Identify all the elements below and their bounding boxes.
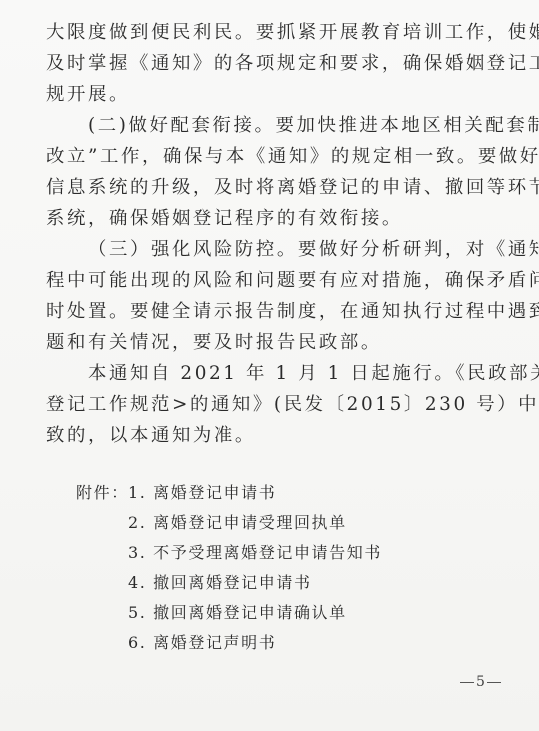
paragraph-line: 及时掌握《通知》的各项规定和要求，确保婚姻登记工作依法依 xyxy=(46,48,494,79)
paragraph-line: 系统，确保婚姻登记程序的有效衔接。 xyxy=(46,203,494,234)
attachments-list: 附件： 1. 离婚登记申请书 2. 离婚登记申请受理回执单 3. 不予受理离婚登… xyxy=(76,478,382,658)
attachments-label: 附件： xyxy=(76,478,128,508)
attachment-item: 4. 撤回离婚登记申请书 xyxy=(76,568,382,598)
paragraph-line: 致的，以本通知为准。 xyxy=(46,420,494,451)
attachment-item: 2. 离婚登记申请受理回执单 xyxy=(76,508,382,538)
attachment-item: 6. 离婚登记声明书 xyxy=(76,628,382,658)
attachment-item: 附件： 1. 离婚登记申请书 xyxy=(76,478,382,508)
paragraph-line: 程中可能出现的风险和问题要有应对措施，确保矛盾问题得到及 xyxy=(46,265,494,296)
attachment-title: 1. 离婚登记申请书 xyxy=(128,478,276,508)
paragraph-line: 大限度做到便民利民。要抓紧开展教育培训工作，使婚姻登记员 xyxy=(46,17,494,48)
attachment-title: 3. 不予受理离婚登记申请告知书 xyxy=(128,538,382,568)
paragraph-line: (二)做好配套衔接。要加快推进本地区相关配套制度的“废 xyxy=(46,110,494,141)
attachment-title: 4. 撤回离婚登记申请书 xyxy=(128,568,312,598)
paragraph-line: （三）强化风险防控。要做好分析研判，对《通知》实施过 xyxy=(46,234,494,265)
paragraph-line: 信息系统的升级，及时将离婚登记的申请、撤回等环节纳入信息 xyxy=(46,172,494,203)
paragraph-line: 时处置。要健全请示报告制度，在通知执行过程中遇到的重要问 xyxy=(46,296,494,327)
attachment-title: 5. 撤回离婚登记申请确认单 xyxy=(128,598,347,628)
attachment-title: 2. 离婚登记申请受理回执单 xyxy=(128,508,347,538)
dash-right xyxy=(487,682,501,683)
paragraph-line: 题和有关情况，要及时报告民政部。 xyxy=(46,327,494,358)
document-page: 大限度做到便民利民。要抓紧开展教育培训工作，使婚姻登记员 及时掌握《通知》的各项… xyxy=(0,0,539,731)
paragraph-line: 登记工作规范>的通知》(民发〔2015〕230 号）中与本通知不一 xyxy=(46,389,494,420)
attachment-item: 3. 不予受理离婚登记申请告知书 xyxy=(76,538,382,568)
dash-left xyxy=(460,682,474,683)
document-body: 大限度做到便民利民。要抓紧开展教育培训工作，使婚姻登记员 及时掌握《通知》的各项… xyxy=(46,17,494,451)
paragraph-line: 本通知自 2021 年 1 月 1 日起施行。《民政部关于印发<婚姻 xyxy=(46,358,494,389)
page-number-value: 5 xyxy=(474,674,487,690)
attachment-title: 6. 离婚登记声明书 xyxy=(128,628,276,658)
attachment-item: 5. 撤回离婚登记申请确认单 xyxy=(76,598,382,628)
page-number: 5 xyxy=(460,674,501,690)
paragraph-line: 规开展。 xyxy=(46,79,494,110)
paragraph-line: 改立”工作，确保与本《通知》的规定相一致。要做好婚姻登记 xyxy=(46,141,494,172)
